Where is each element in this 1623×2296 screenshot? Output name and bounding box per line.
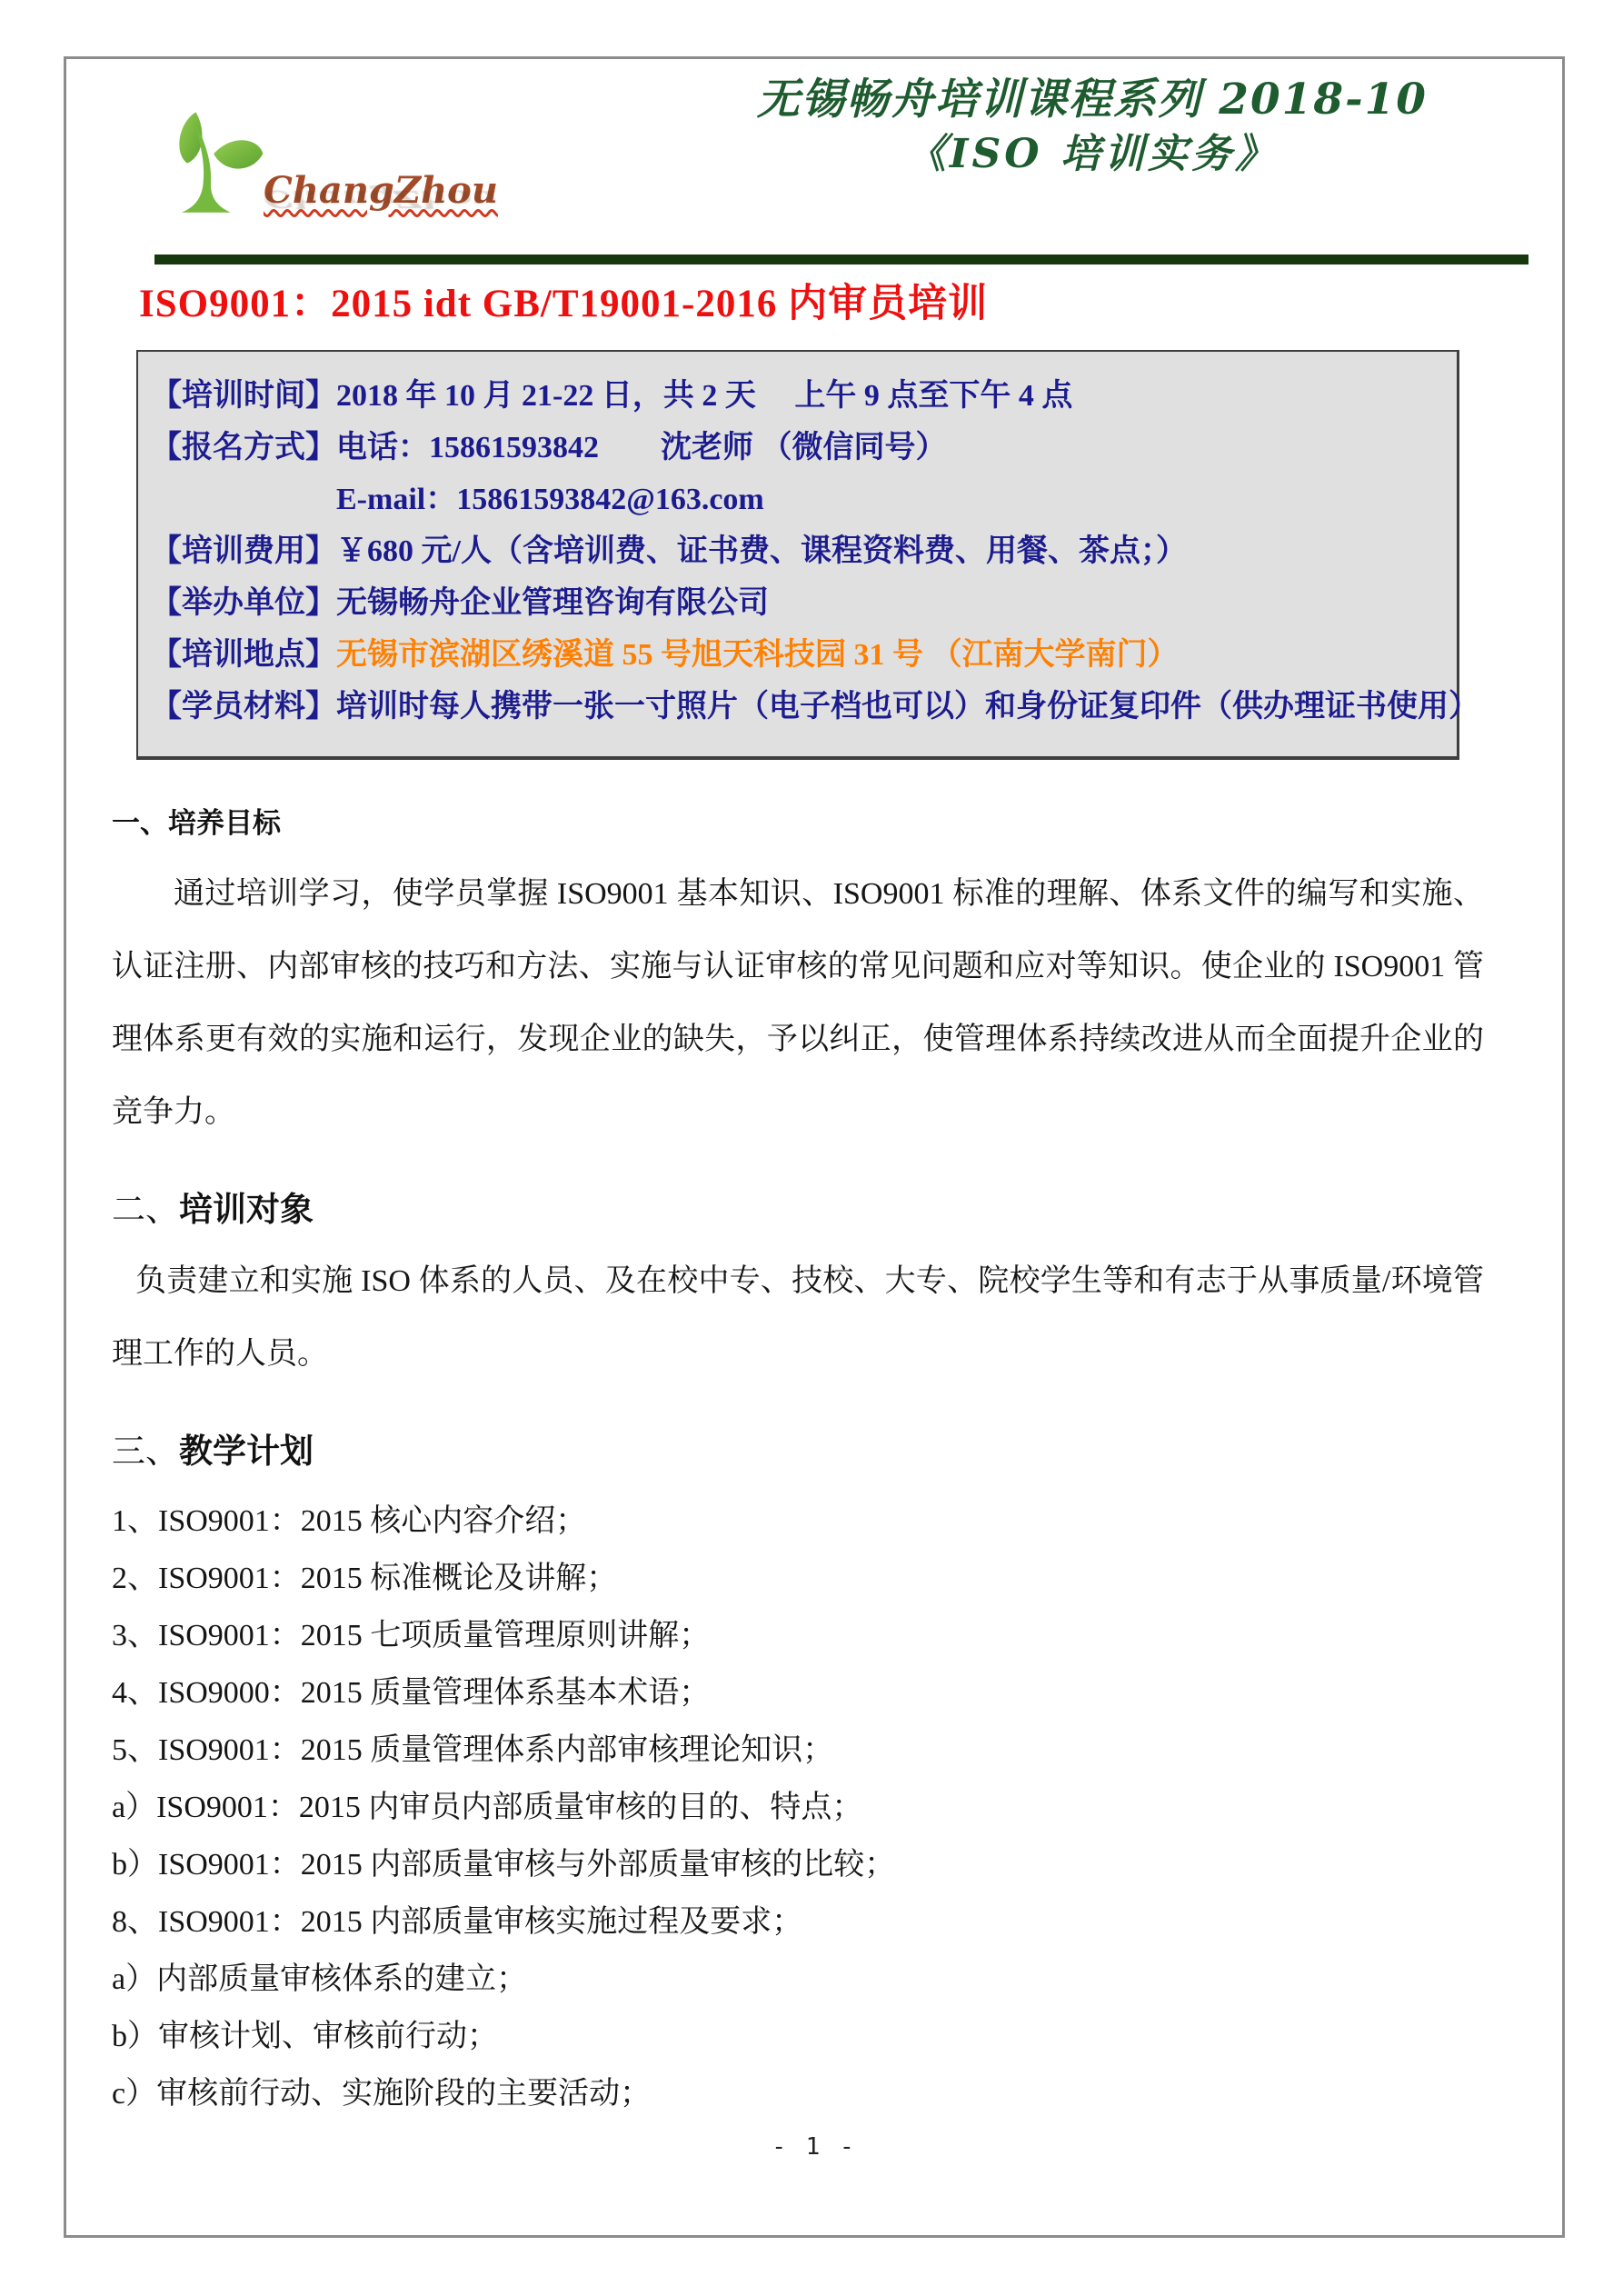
info-row-materials: 【学员材料】培训时每人携带一张一寸照片（电子档也可以）和身份证复印件（供办理证书… [151,681,1442,733]
info-row-organizer: 【举办单位】无锡畅舟企业管理咨询有限公司 [151,577,1442,629]
section-heading-audience: 二、培训对象 [112,1189,1484,1233]
course-item: b）审核计划、审核前行动； [112,2008,1484,2065]
page-number: - 1 - [66,2133,1562,2161]
course-item: c）审核前行动、实施阶段的主要活动； [112,2065,1484,2122]
course-item: b）ISO9001：2015 内部质量审核与外部质量审核的比较； [112,1836,1484,1893]
series-title: 无锡畅舟培训课程系列 2018-10 [757,75,1428,125]
changzhou-logo: ChangZhou ChangZhou [164,105,546,255]
info-box: 【培训时间】2018 年 10 月 21-22 日，共 2 天 上午 9 点至下… [136,350,1459,760]
document-body: 一、培养目标 通过培训学习，使学员掌握 ISO9001 基本知识、ISO9001… [112,805,1484,2122]
info-row-fee: 【培训费用】￥680 元/人（含培训费、证书费、课程资料费、用餐、茶点；） [151,525,1442,577]
info-value: E-mail：15861593842@163.com [336,483,764,516]
section-title: 培训对象 [179,1192,314,1229]
section-number: 一、 [112,807,168,839]
info-value: 无锡畅舟企业管理咨询有限公司 [336,586,769,620]
section-title: 教学计划 [179,1433,314,1471]
info-label: 【举办单位】 [151,586,336,620]
sprout-logo-icon [164,105,278,218]
info-row-location: 【培训地点】无锡市滨湖区绣溪道 55 号旭天科技园 31 号 （江南大学南门） [151,629,1442,681]
section-heading-syllabus: 三、教学计划 [112,1431,1484,1474]
info-label: 【培训地点】 [151,638,336,672]
course-item: a）内部质量审核体系的建立； [112,1951,1484,2008]
info-value: 电话：15861593842 沈老师 （微信同号） [336,431,947,464]
section-number: 三、 [112,1433,179,1471]
info-row-email: E-mail：15861593842@163.com [151,474,1442,525]
course-item: 1、ISO9001：2015 核心内容介绍； [112,1492,1484,1550]
course-item: 3、ISO9001：2015 七项质量管理原则讲解； [112,1607,1484,1664]
section-heading-goals: 一、培养目标 [112,805,1484,842]
page-border-frame: ChangZhou ChangZhou 无锡畅舟培训课程系列 2018-10 《… [64,56,1565,2238]
course-item: 2、ISO9001：2015 标准概论及讲解； [112,1550,1484,1607]
accent-bar [154,255,1528,265]
course-item: 4、ISO9000：2015 质量管理体系基本术语； [112,1664,1484,1722]
document-page: { "header": { "logo_text": "ChangZhou", … [0,0,1623,2296]
section-title: 培养目标 [168,807,281,839]
course-item: 5、ISO9001：2015 质量管理体系内部审核理论知识； [112,1722,1484,1779]
info-label: 【培训费用】 [151,534,336,568]
document-title: ISO9001：2015 idt GB/T19001-2016 内审员培训 [139,279,1562,330]
info-label: 【学员材料】 [151,690,336,724]
info-value: ￥680 元/人（含培训费、证书费、课程资料费、用餐、茶点；） [336,534,1187,568]
course-item: a）ISO9001：2015 内审员内部质量审核的目的、特点； [112,1779,1484,1836]
info-value: 2018 年 10 月 21-22 日，共 2 天 上午 9 点至下午 4 点 [336,379,1072,413]
info-value: 培训时每人携带一张一寸照片（电子档也可以）和身份证复印件（供办理证书使用） [336,690,1479,724]
paragraph-goals: 通过培训学习，使学员掌握 ISO9001 基本知识、ISO9001 标准的理解、… [112,858,1484,1149]
page-header: ChangZhou ChangZhou 无锡畅舟培训课程系列 2018-10 《… [66,59,1562,255]
info-row-registration: 【报名方式】电话：15861593842 沈老师 （微信同号） [151,422,1442,474]
info-row-time: 【培训时间】2018 年 10 月 21-22 日，共 2 天 上午 9 点至下… [151,370,1442,422]
info-label: 【报名方式】 [151,431,336,464]
logo-reflection: ChangZhou [264,185,546,213]
series-subtitle: 《ISO 培训实务》 [757,132,1428,178]
paragraph-audience: 负责建立和实施 ISO 体系的人员、及在校中专、技校、大专、院校学生等和有志于从… [112,1245,1484,1391]
info-value-location: 无锡市滨湖区绣溪道 55 号旭天科技园 31 号 （江南大学南门） [336,638,1179,672]
course-item: 8、ISO9001：2015 内部质量审核实施过程及要求； [112,1893,1484,1951]
course-list: 1、ISO9001：2015 核心内容介绍； 2、ISO9001：2015 标准… [112,1492,1484,2122]
section-number: 二、 [112,1192,179,1229]
info-label: 【培训时间】 [151,379,336,413]
masthead: 无锡畅舟培训课程系列 2018-10 《ISO 培训实务》 [757,75,1428,178]
